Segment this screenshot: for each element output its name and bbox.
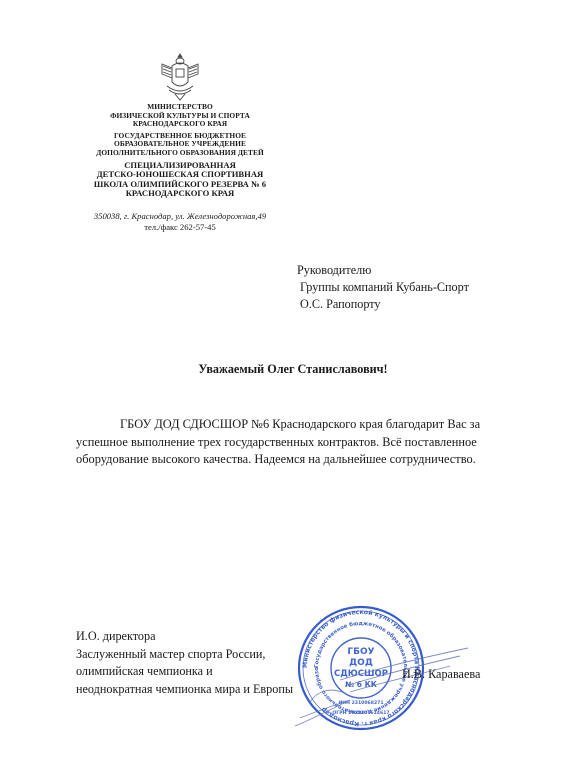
school-name: СПЕЦИАЛИЗИРОВАННАЯ ДЕТСКО-ЮНОШЕСКАЯ СПОР… [80,161,280,199]
stamp-center-line: № 6 КК [345,680,378,689]
stamp-inn: ИНН 2310068271 [338,700,383,706]
institution-type: ГОСУДАРСТВЕННОЕ БЮДЖЕТНОЕ ОБРАЗОВАТЕЛЬНО… [80,132,280,158]
letter-page: МИНИСТЕРСТВО ФИЗИЧЕСКОЙ КУЛЬТУРЫ И СПОРТ… [0,0,562,768]
stamp-ogrn: ОГРН 1022301614617 [332,710,389,716]
stamp-center-line: СДЮСШОР [334,669,388,679]
signature-block: И.О. директора Заслуженный мастер спорта… [76,628,293,698]
letterhead: МИНИСТЕРСТВО ФИЗИЧЕСКОЙ КУЛЬТУРЫ И СПОРТ… [80,103,280,199]
ministry-name: МИНИСТЕРСТВО ФИЗИЧЕСКОЙ КУЛЬТУРЫ И СПОРТ… [80,103,280,129]
recipient-title: Руководителю [297,262,469,279]
street-address: 350038, г. Краснодар, ул. Железнодорожна… [80,211,280,222]
coat-of-arms-icon [157,52,203,102]
signer-title: олимпийская чемпионка и [76,663,293,681]
letter-body: ГБОУ ДОД СДЮСШОР №6 Краснодарского края … [76,416,516,469]
signer-title: неоднократная чемпионка мира и Европы [76,681,293,699]
body-line: оборудование высокого качества. Надеемся… [76,451,516,469]
stamp-center-line: ДОД [349,658,373,668]
recipient-name: О.С. Рапопорту [300,296,469,313]
signer-title: Заслуженный мастер спорта России, [76,646,293,664]
recipient-block: Руководителю Группы компаний Кубань-Спор… [300,262,469,313]
stamp-center-line: ГБОУ [347,647,374,657]
signer-name: И.В. Караваева [402,667,480,682]
recipient-company: Группы компаний Кубань-Спорт [300,279,469,296]
signer-position: И.О. директора [76,628,293,646]
body-line: ГБОУ ДОД СДЮСШОР №6 Краснодарского края … [76,416,516,434]
letterhead-address: 350038, г. Краснодар, ул. Железнодорожна… [80,211,280,233]
body-line: успешное выполнение трех государственных… [76,434,516,452]
phone-fax: тел./факс 262-57-45 [80,222,280,233]
salutation: Уважаемый Олег Станиславович! [0,362,562,377]
